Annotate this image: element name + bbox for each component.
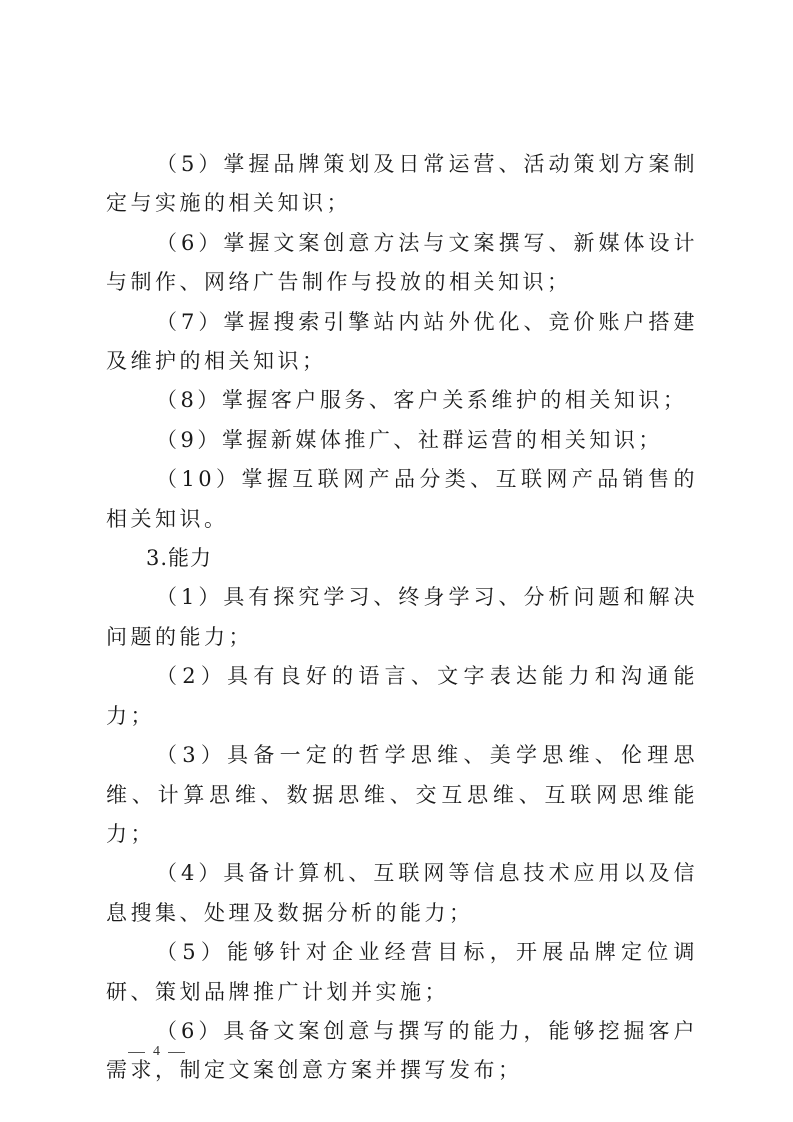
knowledge-item-9: （9）掌握新媒体推广、社群运营的相关知识； [106,421,698,460]
section-heading-ability: 3.能力 [106,539,698,578]
page-footer: 4 [128,1044,185,1060]
ability-item-4: （4）具备计算机、互联网等信息技术应用以及信息搜集、处理及数据分析的能力； [106,854,698,933]
ability-item-5: （5）能够针对企业经营目标，开展品牌定位调研、策划品牌推广计划并实施； [106,933,698,1012]
ability-item-3: （3）具备一定的哲学思维、美学思维、伦理思维、计算思维、数据思维、交互思维、互联… [106,736,698,854]
ability-item-2: （2）具有良好的语言、文字表达能力和沟通能力； [106,657,698,736]
knowledge-item-8: （8）掌握客户服务、客户关系维护的相关知识； [106,381,698,420]
page-number: 4 [153,1044,160,1060]
knowledge-item-5: （5）掌握品牌策划及日常运营、活动策划方案制定与实施的相关知识； [106,145,698,224]
knowledge-item-7: （7）掌握搜索引擎站内站外优化、竞价账户搭建及维护的相关知识； [106,303,698,382]
knowledge-item-6: （6）掌握文案创意方法与文案撰写、新媒体设计与制作、网络广告制作与投放的相关知识… [106,224,698,303]
footer-dash-left [128,1052,145,1053]
knowledge-item-10: （10）掌握互联网产品分类、互联网产品销售的相关知识。 [106,460,698,539]
document-page: （5）掌握品牌策划及日常运营、活动策划方案制定与实施的相关知识； （6）掌握文案… [0,0,793,1122]
document-body: （5）掌握品牌策划及日常运营、活动策划方案制定与实施的相关知识； （6）掌握文案… [106,145,698,1091]
ability-item-6: （6）具备文案创意与撰写的能力，能够挖掘客户需求，制定文案创意方案并撰写发布； [106,1012,698,1091]
ability-item-1: （1）具有探究学习、终身学习、分析问题和解决问题的能力； [106,578,698,657]
footer-dash-right [168,1052,185,1053]
